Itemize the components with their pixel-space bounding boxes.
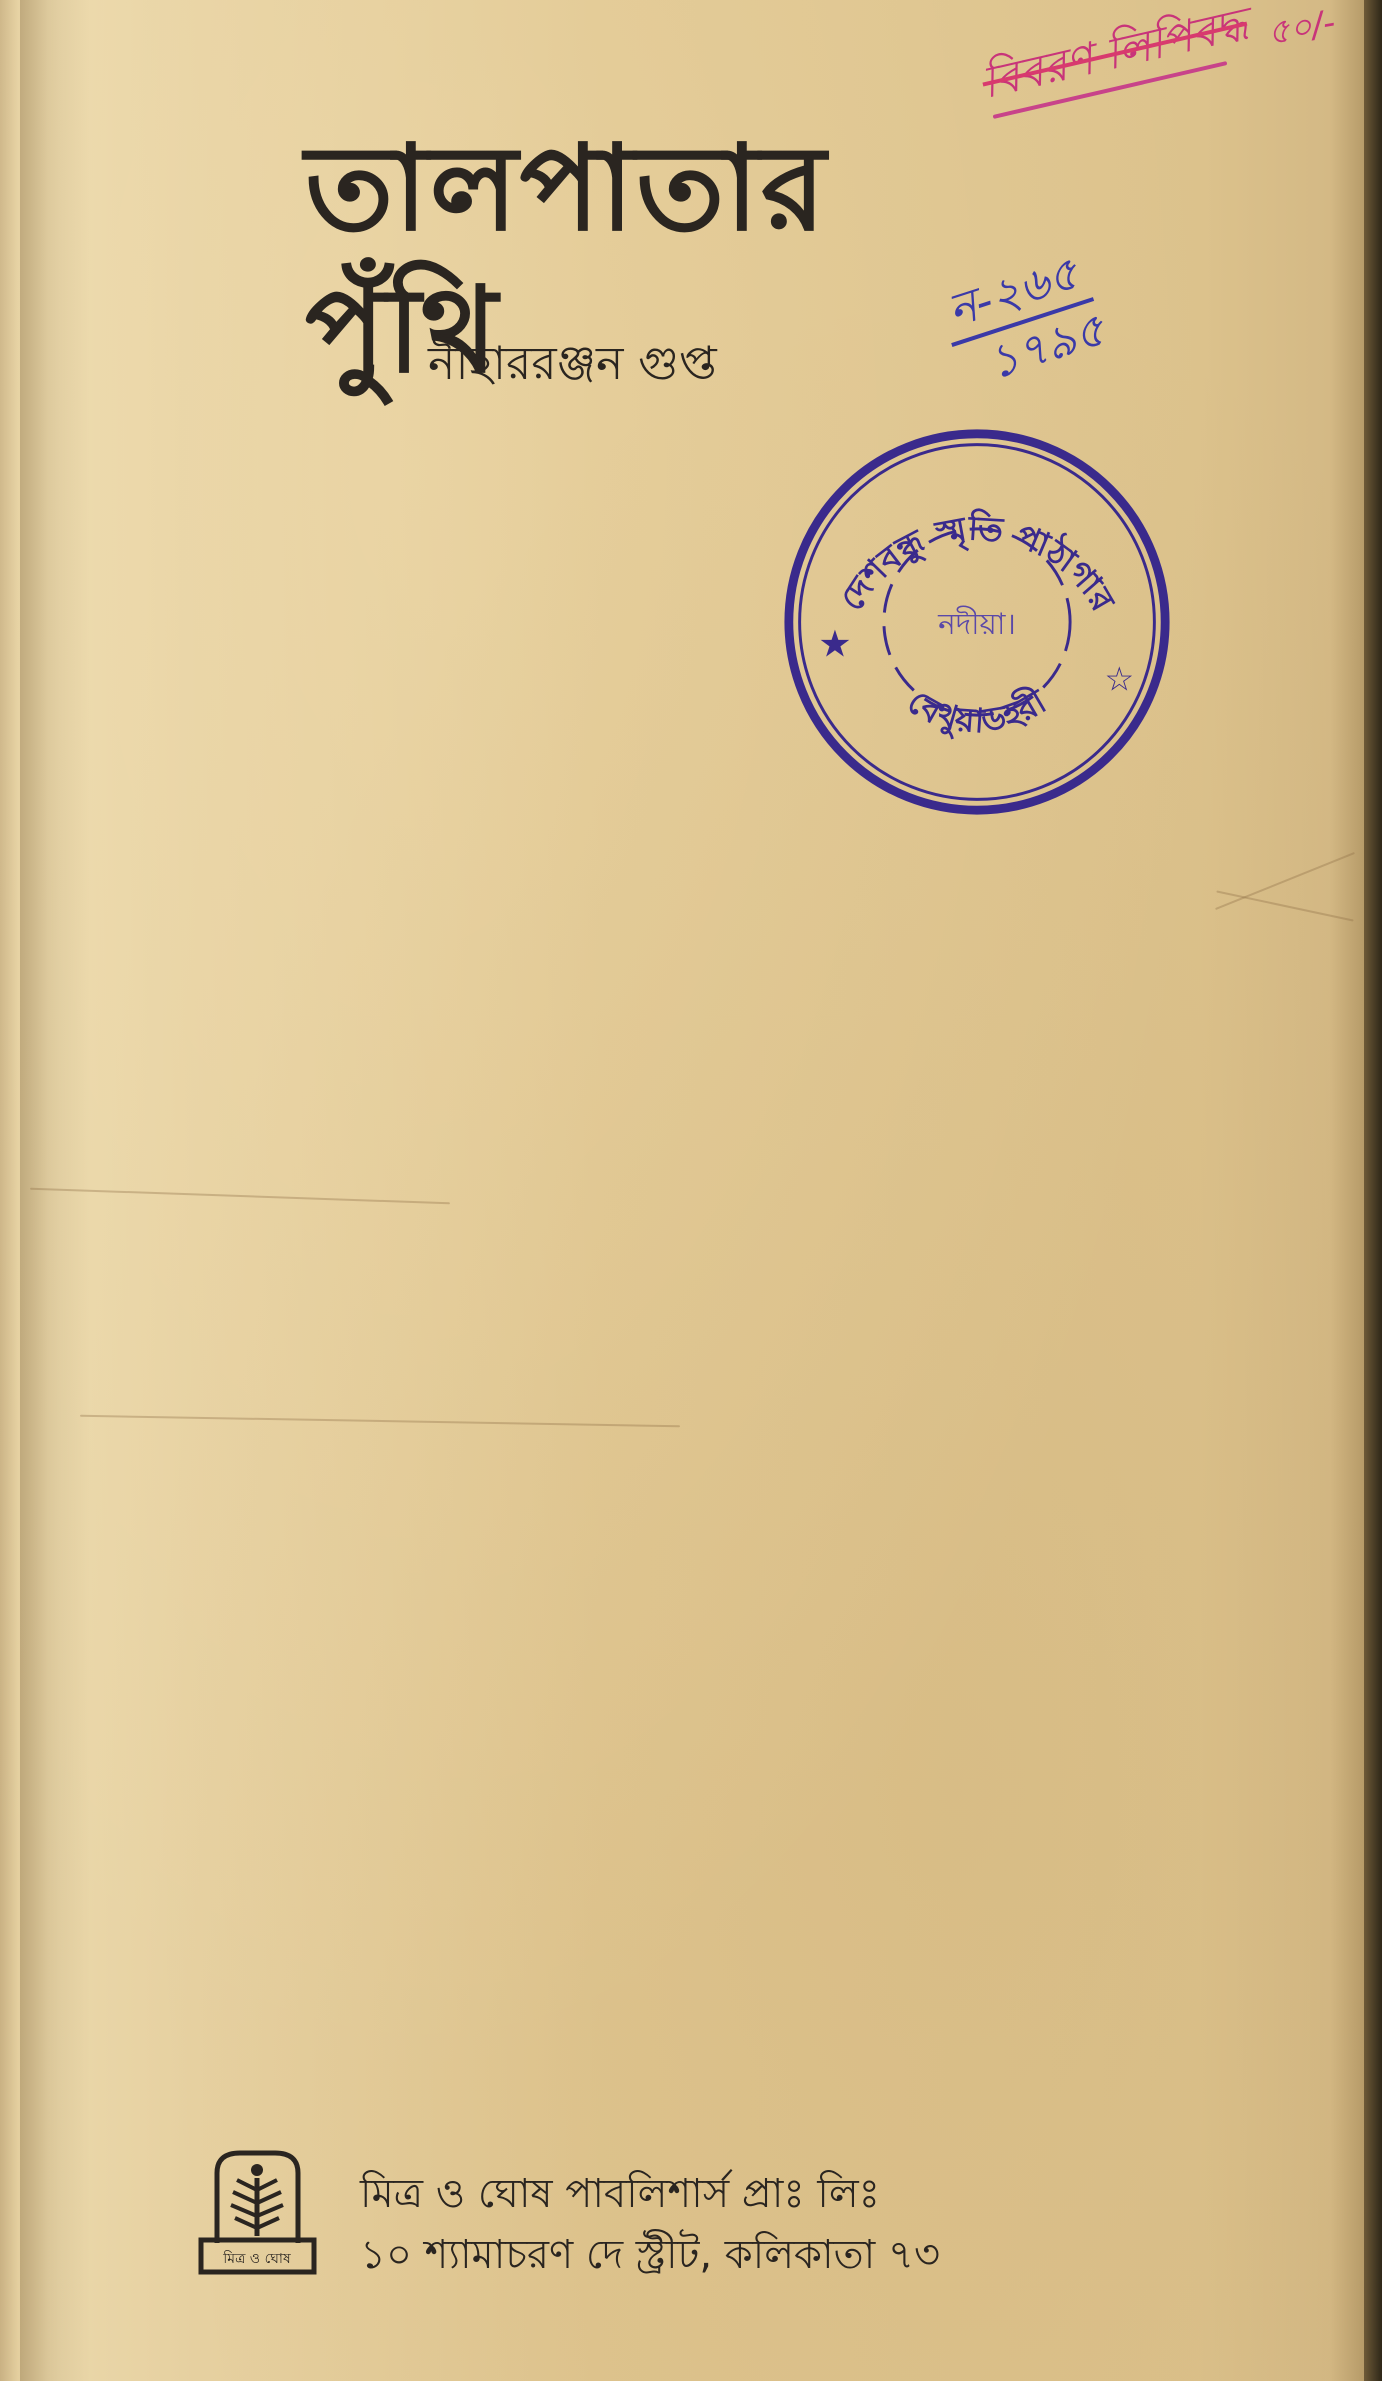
publisher-address: ১০ শ্যামাচরণ দে স্ট্রীট, কলিকাতা ৭৩ [360, 2223, 940, 2290]
handwritten-price: ৫০/- [1264, 0, 1341, 64]
paper-crease [80, 1415, 680, 1427]
page-edge-shadow [1364, 0, 1382, 2381]
library-stamp: দেশবন্ধু স্মৃতি পাঠাগার বেথুয়াডহরী নদীয… [781, 426, 1173, 818]
title-page: তালপাতার পুঁথি নীহাররঞ্জন গুপ্ত বিবরণ লি… [0, 0, 1366, 2381]
publisher-imprint: মিত্র ও ঘোষ মিত্র ও ঘোষ পাবলিশার্স প্রাঃ… [190, 2140, 1090, 2290]
book-author: নীহাররঞ্জন গুপ্ত [428, 336, 717, 391]
stamp-top-text: দেশবন্ধু স্মৃতি পাঠাগার [832, 508, 1124, 619]
star-icon: ★ [818, 621, 851, 665]
logo-text: মিত্র ও ঘোষ [222, 2250, 291, 2267]
star-icon: ☆ [1104, 660, 1134, 699]
paper-crease [1216, 890, 1353, 921]
stamp-center-text: নদীয়া। [937, 606, 1016, 641]
paper-crease [30, 1188, 450, 1205]
svg-text:বেথুয়াডহরী: বেথুয়াডহরী [901, 679, 1054, 740]
handwritten-catalog-number: ন-২৬৫ ১৭৯৫ [933, 242, 1112, 401]
publisher-logo-icon: মিত্র ও ঘোষ [195, 2148, 320, 2278]
handwritten-red-note: বিবরণ লিপিবদ্ধ [975, 0, 1255, 123]
svg-text:দেশবন্ধু স্মৃতি পাঠাগার: দেশবন্ধু স্মৃতি পাঠাগার [832, 508, 1124, 619]
stamp-bottom-text: বেথুয়াডহরী [901, 679, 1054, 740]
paper-crease [1215, 852, 1355, 910]
publisher-name: মিত্র ও ঘোষ পাবলিশার্স প্রাঃ লিঃ [360, 2162, 880, 2229]
